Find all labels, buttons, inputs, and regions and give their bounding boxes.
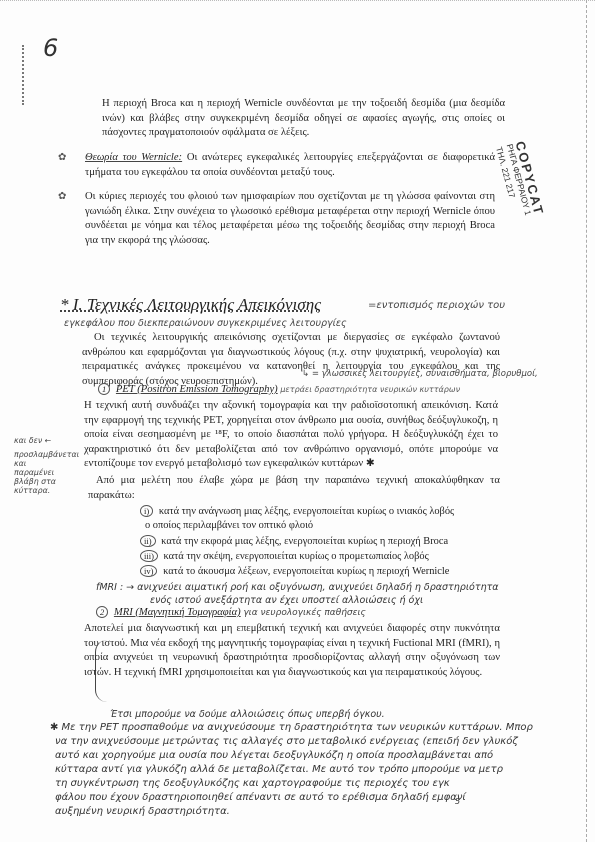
- small-mark: 5: [455, 795, 460, 808]
- bullet-icon: ✿: [58, 191, 66, 202]
- intro-note: ↳ = γλωσσικές λειτουργίες, συναισθήματα,…: [302, 369, 538, 379]
- scanned-page: 6 COPYCAT ΡΗΓΑ ΦΕΡΡΑΙΟΥ 1 ΤΗΛ. 221 217 Η…: [0, 0, 595, 842]
- footnote-line: φάλου που έχουν δραστηριοποιηθεί απέναντ…: [55, 791, 466, 804]
- punch-marks: [22, 45, 26, 105]
- pet-title: PET (Positron Emission Tomography): [116, 384, 278, 395]
- footnote-line: αυτό και χορηγούμε μια ουσία που λέγεται…: [55, 749, 493, 762]
- finding-item: i) κατά την ανάγνωση μιας λέξης, ενεργοπ…: [140, 505, 454, 517]
- heading-note-2: εγκεφάλου που διεκπεραιώνουν συγκεκριμέν…: [64, 318, 347, 329]
- pet-title-note: μετράει δραστηριότητα νευρικών κυττάρων: [280, 385, 460, 394]
- mri-body: Αποτελεί μια διαγνωστική και μη επεμβατι…: [84, 622, 500, 680]
- item-marker: i): [140, 505, 153, 517]
- item-marker: ii): [140, 535, 156, 547]
- finding-text: κατά την εκφορά μιας λέξης, ενεργοποιείτ…: [161, 536, 448, 547]
- finding-item-continued: ο οποίος περιλαμβάνει τον οπτικό φλοιό: [145, 520, 313, 531]
- margin-note-2: προσλαμβάνεται και παραμένει βλάβη στα κ…: [14, 450, 66, 495]
- heading-note: =εντοπισμός περιοχών του: [368, 300, 505, 311]
- bullet-icon: ✿: [58, 152, 66, 163]
- fmri-handwritten-note: fMRI : → ανιχνεύει αιματική ροή και οξυγ…: [96, 581, 499, 594]
- finding-text: κατά την σκέψη, ενεργοποιείται κυρίως ο …: [164, 551, 429, 562]
- paragraph-wernicke-theory: Θεωρία του Wernicle: Οι ανώτερες εγκεφαλ…: [85, 151, 495, 180]
- margin-note: και δεν ←: [14, 436, 51, 445]
- item-number: 1: [98, 383, 110, 395]
- item-number: 2: [96, 606, 108, 618]
- pet-heading: 1 PET (Positron Emission Tomography) μετ…: [98, 383, 460, 395]
- finding-text: κατά το άκουσμα λέξεων, ενεργοποιείται κ…: [163, 566, 449, 577]
- wernicke-theory-label: Θεωρία του Wernicle:: [85, 152, 182, 163]
- margin-rule: [586, 0, 587, 842]
- mri-after-note: Έτσι μπορούμε να δούμε αλλοιώσεις όπως υ…: [110, 708, 385, 721]
- section-intro: Οι τεχνικές λειτουργικής απεικόνισης σχε…: [82, 331, 500, 389]
- scan-edge: [0, 0, 595, 5]
- section-heading: * I. Τεχνικές Λειτουργικής Απεικόνισης: [60, 295, 321, 315]
- footnote-line: κύτταρα αντί για γλυκόζη αλλά δε μεταβολ…: [55, 763, 503, 776]
- footnote-line: ✱ Με την PET προσπαθούμε να ανιχνεύσουμε…: [50, 721, 533, 734]
- mri-heading: 2 MRI (Μαγνητική Τομογραφία) για νευρολο…: [96, 606, 366, 618]
- page-number: 6: [43, 34, 58, 62]
- pet-body: Η τεχνική αυτή συνδυάζει την αξονική τομ…: [84, 399, 498, 472]
- footnote-line: τη συγκέντρωση της δεοξυγλυκόζης και χαρ…: [55, 777, 450, 790]
- finding-item: iii) κατά την σκέψη, ενεργοποιείται κυρί…: [140, 550, 429, 562]
- copy-shop-stamp: COPYCAT ΡΗΓΑ ΦΕΡΡΑΙΟΥ 1 ΤΗΛ. 221 217: [493, 140, 545, 223]
- item-marker: iv): [140, 565, 157, 577]
- finding-text: κατά την ανάγνωση μιας λέξης, ενεργοποιε…: [159, 506, 454, 517]
- mri-title: MRI (Μαγνητική Τομογραφία): [114, 607, 241, 618]
- paragraph-language-areas: Οι κύριες περιοχές του φλοιού των ημισφα…: [85, 190, 495, 248]
- footnote-line: αυξημένη νευρική δραστηριότητα.: [55, 805, 230, 818]
- finding-item: iv) κατά το άκουσμα λέξεων, ενεργοποιείτ…: [140, 565, 449, 577]
- study-intro: Από μια μελέτη που έλαβε χώρα με βάση τη…: [88, 474, 500, 503]
- mri-title-note: για νευρολογικές παθήσεις: [243, 608, 365, 618]
- paragraph-broca-wernicke: Η περιοχή Broca και η περιοχή Wernicle σ…: [102, 97, 505, 141]
- footnote-line: να την ανιχνεύσουμε μετρώντας τις αλλαγέ…: [55, 735, 518, 748]
- item-marker: iii): [140, 550, 158, 562]
- finding-item: ii) κατά την εκφορά μιας λέξης, ενεργοπο…: [140, 535, 448, 547]
